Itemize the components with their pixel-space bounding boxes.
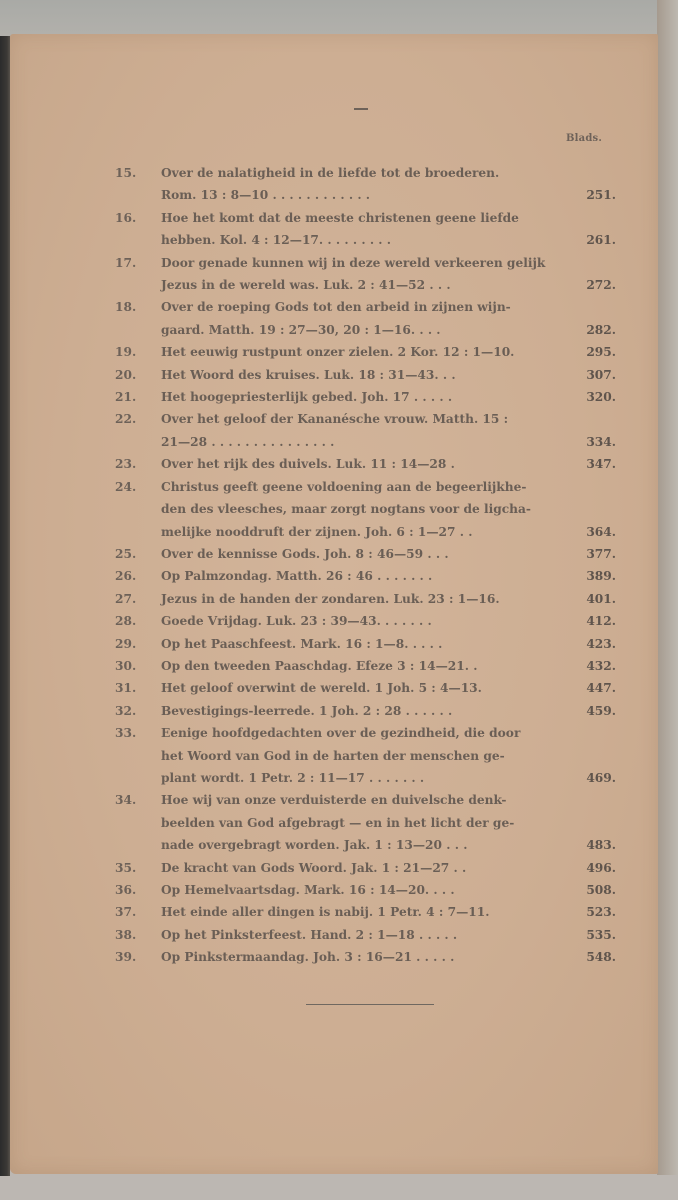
entry-title-line: nade overgebragt worden. Jak. 1 : 13—20 … <box>161 834 560 856</box>
closing-rule <box>306 1004 434 1005</box>
entry-title: Over de kennisse Gods. Joh. 8 : 46—59 . … <box>161 543 620 565</box>
entry-title-line: Jezus in de handen der zondaren. Luk. 23… <box>161 588 560 610</box>
entry-title-line: Het hoogepriesterlijk gebed. Joh. 17 . .… <box>161 386 560 408</box>
entry-number: 24. <box>115 476 161 543</box>
entry-title-line: den des vleesches, maar zorgt nogtans vo… <box>161 498 560 520</box>
entry-title-line: Het einde aller dingen is nabij. 1 Petr.… <box>161 901 560 923</box>
entry-number: 38. <box>115 924 161 946</box>
entry-title: Hoe het komt dat de meeste christenen ge… <box>161 207 620 252</box>
toc-entry: 32.Bevestigings-leerrede. 1 Joh. 2 : 28 … <box>115 700 620 722</box>
entry-page-number: 334. <box>586 431 616 453</box>
entry-number: 32. <box>115 700 161 722</box>
entry-title-line: plant wordt. 1 Petr. 2 : 11—17 . . . . .… <box>161 767 560 789</box>
toc-entry: 19.Het eeuwig rustpunt onzer zielen. 2 K… <box>115 341 620 363</box>
toc-entry: 18.Over de roeping Gods tot den arbeid i… <box>115 296 620 341</box>
toc-entry: 27.Jezus in de handen der zondaren. Luk.… <box>115 588 620 610</box>
entry-title-line: het Woord van God in de harten der mensc… <box>161 745 560 767</box>
toc-entry: 25.Over de kennisse Gods. Joh. 8 : 46—59… <box>115 543 620 565</box>
entry-title-line: 21—28 . . . . . . . . . . . . . . . <box>161 431 560 453</box>
entry-title-line: Op het Paaschfeest. Mark. 16 : 1—8. . . … <box>161 633 560 655</box>
entry-title: Christus geeft geene voldoening aan de b… <box>161 476 620 543</box>
toc-entry: 24.Christus geeft geene voldoening aan d… <box>115 476 620 543</box>
entry-title: Het einde aller dingen is nabij. 1 Petr.… <box>161 901 620 923</box>
toc-entry: 35.De kracht van Gods Woord. Jak. 1 : 21… <box>115 857 620 879</box>
entry-number: 17. <box>115 252 161 297</box>
entry-number: 25. <box>115 543 161 565</box>
toc-entry: 37.Het einde aller dingen is nabij. 1 Pe… <box>115 901 620 923</box>
toc-entry: 21.Het hoogepriesterlijk gebed. Joh. 17 … <box>115 386 620 408</box>
entry-number: 37. <box>115 901 161 923</box>
entry-page-number: 320. <box>586 386 616 408</box>
entry-title: Goede Vrijdag. Luk. 23 : 39—43. . . . . … <box>161 610 620 632</box>
entry-title-line: Bevestigings-leerrede. 1 Joh. 2 : 28 . .… <box>161 700 560 722</box>
entry-page-number: 508. <box>586 879 616 901</box>
entry-title-line: Hoe wij van onze verduisterde en duivels… <box>161 789 560 811</box>
book-spine <box>0 36 10 1176</box>
entry-title: Op het Paaschfeest. Mark. 16 : 1—8. . . … <box>161 633 620 655</box>
entry-page-number: 535. <box>586 924 616 946</box>
toc-entry: 16.Hoe het komt dat de meeste christenen… <box>115 207 620 252</box>
entry-title-line: Het Woord des kruises. Luk. 18 : 31—43. … <box>161 364 560 386</box>
entry-page-number: 307. <box>586 364 616 386</box>
entry-title: Bevestigings-leerrede. 1 Joh. 2 : 28 . .… <box>161 700 620 722</box>
entry-title-line: Rom. 13 : 8—10 . . . . . . . . . . . . <box>161 184 560 206</box>
entry-page-number: 483. <box>586 834 616 856</box>
entry-page-number: 377. <box>586 543 616 565</box>
entry-page-number: 447. <box>586 677 616 699</box>
entry-number: 33. <box>115 722 161 789</box>
entry-page-number: 282. <box>586 319 616 341</box>
entry-number: 31. <box>115 677 161 699</box>
toc-entry: 28.Goede Vrijdag. Luk. 23 : 39—43. . . .… <box>115 610 620 632</box>
entry-title: Het Woord des kruises. Luk. 18 : 31—43. … <box>161 364 620 386</box>
entry-title-line: Het geloof overwint de wereld. 1 Joh. 5 … <box>161 677 560 699</box>
toc-entry: 20.Het Woord des kruises. Luk. 18 : 31—4… <box>115 364 620 386</box>
entry-title: Jezus in de handen der zondaren. Luk. 23… <box>161 588 620 610</box>
toc-entry: 29.Op het Paaschfeest. Mark. 16 : 1—8. .… <box>115 633 620 655</box>
entry-page-number: 412. <box>586 610 616 632</box>
entry-page-number: 389. <box>586 565 616 587</box>
entry-title-line: Jezus in de wereld was. Luk. 2 : 41—52 .… <box>161 274 560 296</box>
entry-number: 21. <box>115 386 161 408</box>
entry-title-line: hebben. Kol. 4 : 12—17. . . . . . . . . <box>161 229 560 251</box>
entry-title: Op Hemelvaartsdag. Mark. 16 : 14—20. . .… <box>161 879 620 901</box>
entry-title: Over de roeping Gods tot den arbeid in z… <box>161 296 620 341</box>
entry-page-number: 272. <box>586 274 616 296</box>
entry-title-line: Op Palmzondag. Matth. 26 : 46 . . . . . … <box>161 565 560 587</box>
toc-entry: 33.Eenige hoofdgedachten over de gezindh… <box>115 722 620 789</box>
entry-number: 28. <box>115 610 161 632</box>
entry-title: Op het Pinksterfeest. Hand. 2 : 1—18 . .… <box>161 924 620 946</box>
entry-page-number: 548. <box>586 946 616 968</box>
entry-title-line: Op het Pinksterfeest. Hand. 2 : 1—18 . .… <box>161 924 560 946</box>
entry-title-line: Op Pinkstermaandag. Joh. 3 : 16—21 . . .… <box>161 946 560 968</box>
entry-title-line: Over het geloof der Kananésche vrouw. Ma… <box>161 408 560 430</box>
entry-title-line: gaard. Matth. 19 : 27—30, 20 : 1—16. . .… <box>161 319 560 341</box>
entry-number: 16. <box>115 207 161 252</box>
entry-number: 27. <box>115 588 161 610</box>
entry-number: 19. <box>115 341 161 363</box>
entry-page-number: 401. <box>586 588 616 610</box>
entry-title-line: Het eeuwig rustpunt onzer zielen. 2 Kor.… <box>161 341 560 363</box>
table-of-contents: 15.Over de nalatigheid in de liefde tot … <box>115 162 620 969</box>
entry-title: Het geloof overwint de wereld. 1 Joh. 5 … <box>161 677 620 699</box>
entry-title: Op den tweeden Paaschdag. Efeze 3 : 14—2… <box>161 655 620 677</box>
toc-entry: 39.Op Pinkstermaandag. Joh. 3 : 16—21 . … <box>115 946 620 968</box>
entry-title-line: Op Hemelvaartsdag. Mark. 16 : 14—20. . .… <box>161 879 560 901</box>
entry-number: 35. <box>115 857 161 879</box>
entry-title-line: Over de kennisse Gods. Joh. 8 : 46—59 . … <box>161 543 560 565</box>
entry-number: 18. <box>115 296 161 341</box>
entry-page-number: 347. <box>586 453 616 475</box>
toc-entry: 36.Op Hemelvaartsdag. Mark. 16 : 14—20. … <box>115 879 620 901</box>
entry-title: Hoe wij van onze verduisterde en duivels… <box>161 789 620 856</box>
entry-title: Over het geloof der Kananésche vrouw. Ma… <box>161 408 620 453</box>
toc-entry: 38.Op het Pinksterfeest. Hand. 2 : 1—18 … <box>115 924 620 946</box>
entry-page-number: 469. <box>586 767 616 789</box>
entry-title: De kracht van Gods Woord. Jak. 1 : 21—27… <box>161 857 620 879</box>
entry-title-line: Over de nalatigheid in de liefde tot de … <box>161 162 560 184</box>
entry-page-number: 523. <box>586 901 616 923</box>
entry-title: Over de nalatigheid in de liefde tot de … <box>161 162 620 207</box>
entry-title-line: De kracht van Gods Woord. Jak. 1 : 21—27… <box>161 857 560 879</box>
toc-entry: 26.Op Palmzondag. Matth. 26 : 46 . . . .… <box>115 565 620 587</box>
entry-title: Over het rijk des duivels. Luk. 11 : 14—… <box>161 453 620 475</box>
entry-page-number: 459. <box>586 700 616 722</box>
entry-title-line: Door genade kunnen wij in deze wereld ve… <box>161 252 560 274</box>
toc-entry: 34.Hoe wij van onze verduisterde en duiv… <box>115 789 620 856</box>
entry-number: 22. <box>115 408 161 453</box>
entry-page-number: 423. <box>586 633 616 655</box>
entry-number: 34. <box>115 789 161 856</box>
toc-entry: 17.Door genade kunnen wij in deze wereld… <box>115 252 620 297</box>
entry-title-line: Hoe het komt dat de meeste christenen ge… <box>161 207 560 229</box>
entry-number: 29. <box>115 633 161 655</box>
entry-page-number: 251. <box>586 184 616 206</box>
toc-entry: 15.Over de nalatigheid in de liefde tot … <box>115 162 620 207</box>
adjacent-page-edge <box>657 0 678 1175</box>
entry-number: 36. <box>115 879 161 901</box>
entry-title: Op Palmzondag. Matth. 26 : 46 . . . . . … <box>161 565 620 587</box>
entry-title-line: Op den tweeden Paaschdag. Efeze 3 : 14—2… <box>161 655 560 677</box>
entry-title-line: beelden van God afgebragt — en in het li… <box>161 812 560 834</box>
entry-number: 15. <box>115 162 161 207</box>
entry-title: Het eeuwig rustpunt onzer zielen. 2 Kor.… <box>161 341 620 363</box>
entry-title: Door genade kunnen wij in deze wereld ve… <box>161 252 620 297</box>
entry-page-number: 496. <box>586 857 616 879</box>
entry-title: Het hoogepriesterlijk gebed. Joh. 17 . .… <box>161 386 620 408</box>
header-dash-mark <box>354 108 368 110</box>
page-column-label: Blads. <box>566 133 602 144</box>
entry-number: 23. <box>115 453 161 475</box>
entry-page-number: 261. <box>586 229 616 251</box>
entry-number: 20. <box>115 364 161 386</box>
entry-page-number: 432. <box>586 655 616 677</box>
entry-page-number: 295. <box>586 341 616 363</box>
entry-title: Op Pinkstermaandag. Joh. 3 : 16—21 . . .… <box>161 946 620 968</box>
entry-number: 30. <box>115 655 161 677</box>
toc-entry: 31.Het geloof overwint de wereld. 1 Joh.… <box>115 677 620 699</box>
toc-entry: 30.Op den tweeden Paaschdag. Efeze 3 : 1… <box>115 655 620 677</box>
entry-page-number: 364. <box>586 521 616 543</box>
background-bottom <box>0 1170 678 1200</box>
entry-title-line: Christus geeft geene voldoening aan de b… <box>161 476 560 498</box>
entry-number: 26. <box>115 565 161 587</box>
entry-number: 39. <box>115 946 161 968</box>
entry-title-line: Over de roeping Gods tot den arbeid in z… <box>161 296 560 318</box>
entry-title: Eenige hoofdgedachten over de gezindheid… <box>161 722 620 789</box>
entry-title-line: melijke nooddruft der zijnen. Joh. 6 : 1… <box>161 521 560 543</box>
toc-entry: 22.Over het geloof der Kananésche vrouw.… <box>115 408 620 453</box>
entry-title-line: Over het rijk des duivels. Luk. 11 : 14—… <box>161 453 560 475</box>
entry-title-line: Goede Vrijdag. Luk. 23 : 39—43. . . . . … <box>161 610 560 632</box>
toc-entry: 23.Over het rijk des duivels. Luk. 11 : … <box>115 453 620 475</box>
entry-title-line: Eenige hoofdgedachten over de gezindheid… <box>161 722 560 744</box>
